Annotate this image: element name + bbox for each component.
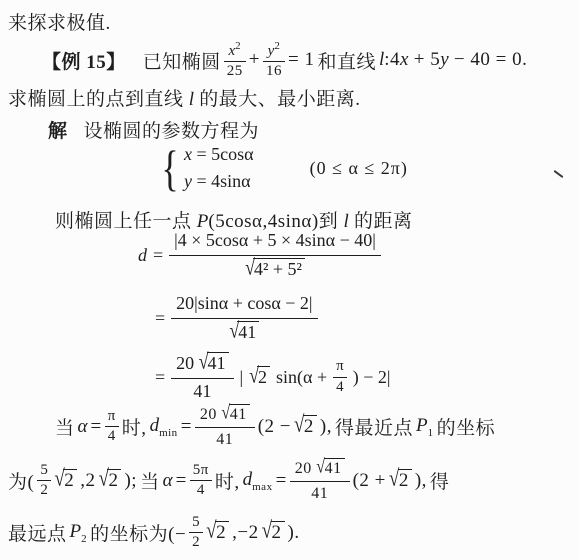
- numerator: 20|sinα + cosα − 2|: [171, 293, 317, 319]
- radicand: 2: [271, 521, 285, 544]
- numerator: |4 × 5cosα + 5 × 4sinα − 40|: [169, 230, 381, 256]
- fraction: 20|sinα + cosα − 2| √41: [171, 293, 317, 343]
- point-coordinates: (5cosα,4sinα): [208, 211, 318, 232]
- param-x-row: x = 5cosα: [184, 141, 254, 168]
- denominator: 4: [333, 378, 347, 396]
- var-alpha: α: [163, 470, 173, 492]
- coefficient-20: 20: [295, 460, 312, 477]
- nearest-point-text: 得最近点: [335, 413, 413, 440]
- abs-bar: |: [240, 367, 244, 388]
- radicand: 2: [107, 469, 121, 492]
- solution-label: 解: [48, 121, 68, 142]
- d-min: dmin: [150, 415, 178, 439]
- radical-sign: √: [221, 401, 230, 424]
- radical-sign: √: [316, 455, 325, 478]
- coords-open: 的坐标为(−: [90, 519, 186, 546]
- sqrt-2: √2: [54, 469, 77, 492]
- denominator: 16: [263, 62, 285, 80]
- equals-one: = 1: [288, 49, 314, 71]
- numerator: 20 √41: [195, 404, 255, 428]
- fraction-20sqrt41-over-41: 20 √41 41: [171, 352, 233, 402]
- radical-sign: √: [294, 412, 305, 439]
- fraction-5-over-2: 52: [189, 514, 203, 552]
- fraction-5-over-2: 52: [37, 462, 51, 500]
- then-text-2: 到: [319, 211, 344, 232]
- sqrt-2: √2: [262, 521, 285, 544]
- plus-5: + 5: [408, 49, 440, 70]
- coefficient-20: 20: [200, 406, 217, 423]
- intro-line: 来探求极值.: [8, 8, 111, 35]
- distance-intro-line: 则椭圆上任一点 P(5cosα,4sinα)到 l 的距离: [55, 206, 413, 233]
- problem-ask-line: 求椭圆上的点到直线 l 的最大、最小距离.: [8, 84, 361, 111]
- fraction-5pi-over-4: 5π4: [190, 462, 212, 500]
- radicand: 41: [324, 458, 345, 478]
- distance-equation-step2: = 20|sinα + cosα − 2| √41: [155, 293, 318, 343]
- parametric-system: { x = 5cosα y = 4sinα (0 ≤ α ≤ 2π): [158, 140, 408, 196]
- de-text: 得: [430, 467, 450, 494]
- paren-open: (2 +: [353, 470, 386, 492]
- example-given-text: 已知椭圆: [143, 47, 221, 74]
- denominator: √41: [171, 319, 317, 344]
- sqrt-2: √2: [389, 469, 412, 492]
- sqrt-2: √2: [206, 521, 229, 544]
- var-P: P: [197, 211, 209, 232]
- sqrt: √41: [229, 321, 259, 344]
- coefficient-20: 20: [176, 353, 194, 373]
- fraction-y2-over-16: y2 16: [263, 40, 285, 81]
- radical-sign: √: [389, 466, 400, 493]
- var-x: x: [184, 144, 192, 164]
- denominator: 25: [224, 62, 246, 80]
- ask-text-2: 的最大、最小距离.: [194, 89, 361, 110]
- radicand: 2: [398, 469, 412, 492]
- var-alpha: α: [78, 416, 88, 438]
- radicand: 2: [303, 415, 317, 438]
- paren-semicolon: );: [124, 470, 137, 492]
- sin-expression: sin(α +: [276, 367, 327, 388]
- shi-text: 时,: [122, 413, 147, 440]
- fraction-20sqrt41-over-41: 20 √41 41: [290, 458, 350, 503]
- fraction-pi-over-4: π4: [333, 358, 347, 396]
- sqrt: √41: [316, 458, 344, 478]
- point-P2: P2: [70, 521, 88, 545]
- point-P1: P1: [416, 415, 434, 439]
- sqrt: √4² + 5²: [245, 258, 305, 281]
- when-text: 当: [140, 467, 160, 494]
- radicand: 2: [63, 469, 77, 492]
- comma-2: ,2: [80, 470, 95, 492]
- line-equation: l:4x + 5y − 40 = 0.: [379, 49, 527, 71]
- fraction: |4 × 5cosα + 5 × 4sinα − 40| √4² + 5²: [169, 230, 381, 280]
- solution-setup-text: 设椭圆的参数方程为: [84, 121, 260, 142]
- left-brace: {: [161, 140, 178, 196]
- radical-sign: √: [199, 349, 209, 375]
- var-d: d: [138, 245, 147, 266]
- expression-close: ) − 2|: [353, 367, 391, 388]
- denominator: 41: [290, 482, 350, 503]
- paren-close: ),: [415, 470, 427, 492]
- var-P: P: [416, 415, 428, 436]
- result-min-line: 当 α = π4 时, dmin = 20 √41 41 (2 − √2 ), …: [55, 404, 495, 449]
- radical-sign: √: [262, 518, 273, 545]
- radical-sign: √: [249, 363, 259, 389]
- example-heading: 【例 15】 已知椭圆 x2 25 + y2 16 = 1 和直线 l:4x +…: [42, 40, 527, 81]
- stray-pen-mark: [553, 170, 563, 178]
- distance-equation-step1: d = |4 × 5cosα + 5 × 4sinα − 40| √4² + 5…: [138, 230, 381, 280]
- radical-sign: √: [229, 317, 239, 343]
- exponent: 2: [274, 40, 280, 52]
- subscript-max: max: [252, 481, 272, 493]
- numerator: 5: [37, 462, 51, 481]
- radicand: 4² + 5²: [253, 258, 305, 281]
- radicand: 41: [207, 352, 229, 375]
- plus-operator: +: [249, 49, 260, 71]
- coords-text: 的坐标: [437, 413, 496, 440]
- distance-equation-step3: = 20 √41 41 | √2 sin(α + π4 ) − 2|: [155, 352, 390, 402]
- radicand: 41: [229, 404, 250, 424]
- farthest-point-line: 最远点 P2 的坐标为(− 52 √2 ,−2 √2 ).: [8, 514, 300, 552]
- fraction-x2-over-25: x2 25: [224, 40, 246, 81]
- d-max: dmax: [243, 469, 273, 493]
- paren-open: (2 −: [258, 416, 291, 438]
- denominator: 2: [37, 481, 51, 499]
- system-rows: x = 5cosα y = 4sinα: [184, 141, 254, 195]
- radical-sign: √: [206, 518, 217, 545]
- var-y: y: [440, 49, 448, 70]
- fraction-pi-over-4: π4: [105, 408, 119, 446]
- alpha-domain: (0 ≤ α ≤ 2π): [310, 158, 408, 179]
- equals-sign: =: [155, 367, 165, 388]
- numerator: 5: [189, 514, 203, 533]
- then-text-1: 则椭圆上任一点: [55, 211, 197, 232]
- sqrt: √41: [199, 352, 229, 375]
- sqrt: √41: [221, 404, 249, 424]
- equals-sign: =: [176, 470, 187, 492]
- wei-paren: 为(: [8, 467, 34, 494]
- colon: :4: [384, 49, 400, 70]
- example-tag: 【例 15】: [42, 47, 126, 74]
- equals-sign: =: [181, 416, 192, 438]
- numerator: π: [333, 358, 347, 377]
- sqrt-2: √2: [99, 469, 122, 492]
- equation-tail: − 40 = 0.: [449, 49, 528, 70]
- fraction-20sqrt41-over-41: 20 √41 41: [195, 404, 255, 449]
- farthest-text: 最远点: [8, 519, 67, 546]
- when-text: 当: [55, 413, 75, 440]
- coords-close: ).: [288, 522, 300, 544]
- denominator: 2: [189, 533, 203, 551]
- then-text-3: 的距离: [349, 211, 413, 232]
- equals-sign: =: [276, 470, 287, 492]
- radicand: 41: [237, 321, 259, 344]
- param-y-row: y = 4sinα: [184, 168, 254, 195]
- radical-sign: √: [245, 254, 255, 280]
- shi-text: 时,: [215, 467, 240, 494]
- numerator: 20 √41: [290, 458, 350, 482]
- denominator: 41: [171, 379, 233, 403]
- solution-heading: 解设椭圆的参数方程为: [48, 116, 259, 143]
- ask-text-1: 求椭圆上的点到直线: [8, 89, 189, 110]
- y-equation: = 4sinα: [197, 171, 251, 191]
- var-d: d: [150, 415, 160, 436]
- subscript-2: 2: [81, 533, 87, 545]
- subscript-min: min: [159, 427, 178, 439]
- equals-sign: =: [91, 416, 102, 438]
- var-P: P: [70, 521, 82, 542]
- subscript-1: 1: [428, 427, 434, 439]
- comma-neg2: ,−2: [232, 522, 258, 544]
- sqrt-2: √2: [249, 366, 270, 388]
- radical-sign: √: [99, 466, 110, 493]
- exponent: 2: [235, 40, 241, 52]
- sqrt-2: √2: [294, 415, 317, 438]
- and-line-text: 和直线: [317, 47, 376, 74]
- result-max-line: 为( 52 √2 ,2 √2 ); 当 α = 5π4 时, dmax = 20…: [8, 458, 449, 503]
- radical-sign: √: [54, 466, 65, 493]
- equals-sign: =: [155, 308, 165, 329]
- denominator: √4² + 5²: [169, 256, 381, 281]
- var-y: y: [184, 171, 192, 191]
- denominator: 41: [195, 428, 255, 449]
- numerator: y2: [263, 40, 285, 62]
- numerator: x2: [224, 40, 246, 62]
- x-equation: = 5cosα: [197, 144, 254, 164]
- numerator: 5π: [190, 462, 212, 481]
- textbook-page: 来探求极值. 【例 15】 已知椭圆 x2 25 + y2 16 = 1 和直线…: [0, 0, 579, 560]
- radicand: 2: [215, 521, 229, 544]
- numerator: π: [105, 408, 119, 427]
- paren-close: ),: [320, 416, 332, 438]
- denominator: 4: [105, 427, 119, 445]
- denominator: 4: [190, 481, 212, 499]
- numerator: 20 √41: [171, 352, 233, 379]
- equals-sign: =: [153, 245, 163, 266]
- var-d: d: [243, 469, 253, 490]
